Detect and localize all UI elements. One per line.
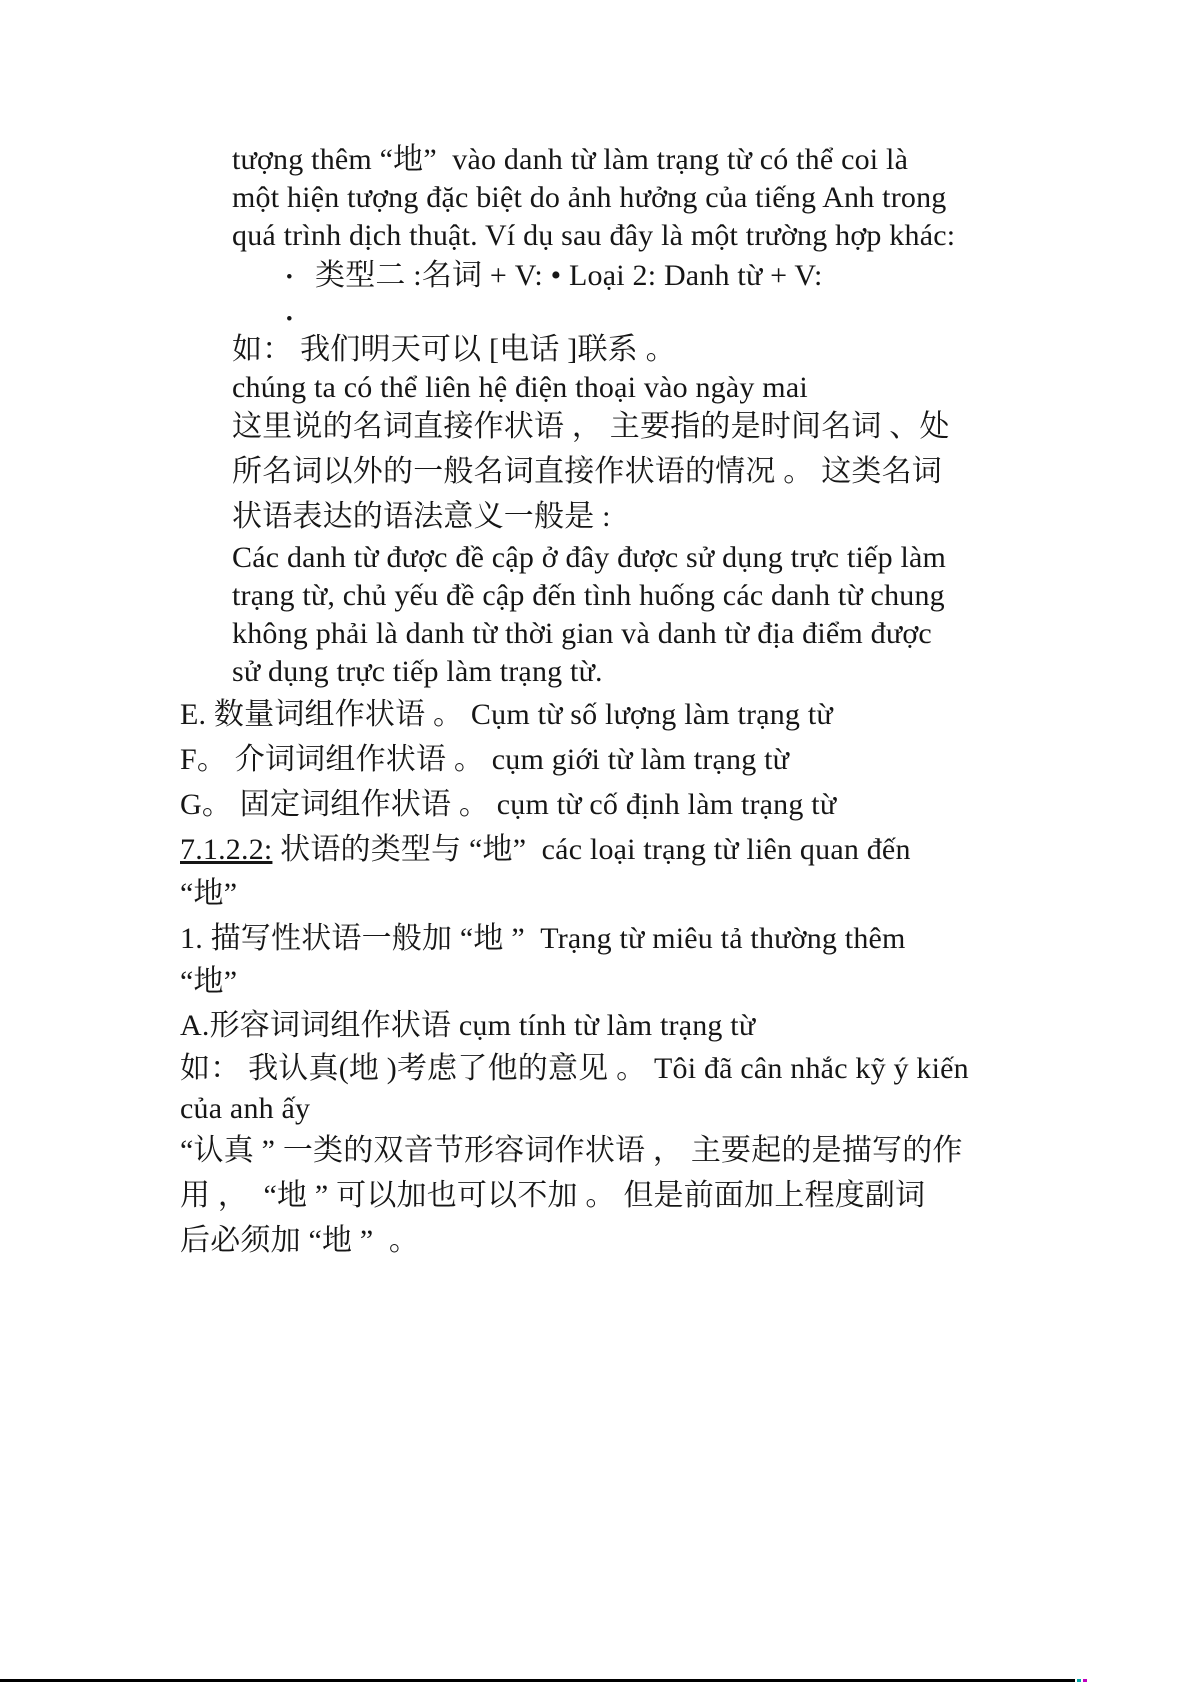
- document-line: không phải là danh từ thời gian và danh …: [232, 614, 932, 654]
- document-line: 类型二 :名词 + V: • Loại 2: Danh từ + V:: [315, 256, 823, 296]
- document-line: G。 固定词组作状语 。 cụm từ cố định làm trạng từ: [180, 785, 836, 825]
- document-line: tượng thêm “地” vào danh từ làm trạng từ …: [232, 140, 908, 180]
- document-line: 如： 我认真(地 )考虑了他的意见 。 Tôi đã cân nhắc kỹ ý…: [180, 1049, 969, 1089]
- document-line: Các danh từ được đề cập ở đây được sử dụ…: [232, 538, 946, 578]
- section-number: 7.1.2.2:: [180, 833, 272, 866]
- document-page: tượng thêm “地” vào danh từ làm trạng từ …: [0, 0, 1192, 1685]
- section-heading-text: 状语的类型与 “地” các loại trạng từ liên quan đ…: [272, 833, 910, 866]
- document-line: một hiện tượng đặc biệt do ảnh hưởng của…: [232, 178, 947, 218]
- render-artifact-magenta-dot: [1083, 1679, 1087, 1682]
- document-line: chúng ta có thể liên hệ điện thoại vào n…: [232, 368, 808, 408]
- bullet-icon: •: [286, 310, 293, 329]
- document-line: 所名词以外的一般名词直接作状语的情况 。 这类名词: [232, 452, 942, 492]
- bullet-icon: •: [286, 268, 293, 287]
- page-break-line: [0, 1679, 1075, 1682]
- render-artifact-cyan-dot: [1077, 1679, 1081, 1682]
- document-line: 用 ， “地 ” 可以加也可以不加 。 但是前面加上程度副词: [180, 1176, 925, 1216]
- document-line: 1. 描写性状语一般加 “地 ” Trạng từ miêu tả thường…: [180, 919, 906, 959]
- document-line: “地”: [180, 962, 237, 1002]
- document-line: “认真 ” 一类的双音节形容词作状语 ， 主要起的是描写的作: [180, 1131, 963, 1171]
- document-line: 后必须加 “地 ” 。: [180, 1221, 419, 1261]
- document-line: trạng từ, chủ yếu đề cập đến tình huống …: [232, 576, 945, 616]
- document-line: của anh ấy: [180, 1089, 310, 1129]
- document-line: 如： 我们明天可以 [电话 ]联系 。: [232, 330, 676, 370]
- document-line: A.形容词词组作状语 cụm tính từ làm trạng từ: [180, 1006, 755, 1046]
- document-line: 7.1.2.2: 状语的类型与 “地” các loại trạng từ li…: [180, 830, 911, 870]
- document-line: F。 介词词组作状语 。 cụm giới từ làm trạng từ: [180, 740, 789, 780]
- document-line: sử dụng trực tiếp làm trạng từ.: [232, 652, 603, 692]
- document-line: 这里说的名词直接作状语 ， 主要指的是时间名词 、处: [232, 407, 950, 447]
- document-line: 状语表达的语法意义一般是 :: [232, 497, 611, 537]
- document-line: quá trình dịch thuật. Ví dụ sau đây là m…: [232, 216, 955, 256]
- document-line: “地”: [180, 874, 237, 914]
- document-line: E. 数量词组作状语 。 Cụm từ số lượng làm trạng t…: [180, 695, 833, 735]
